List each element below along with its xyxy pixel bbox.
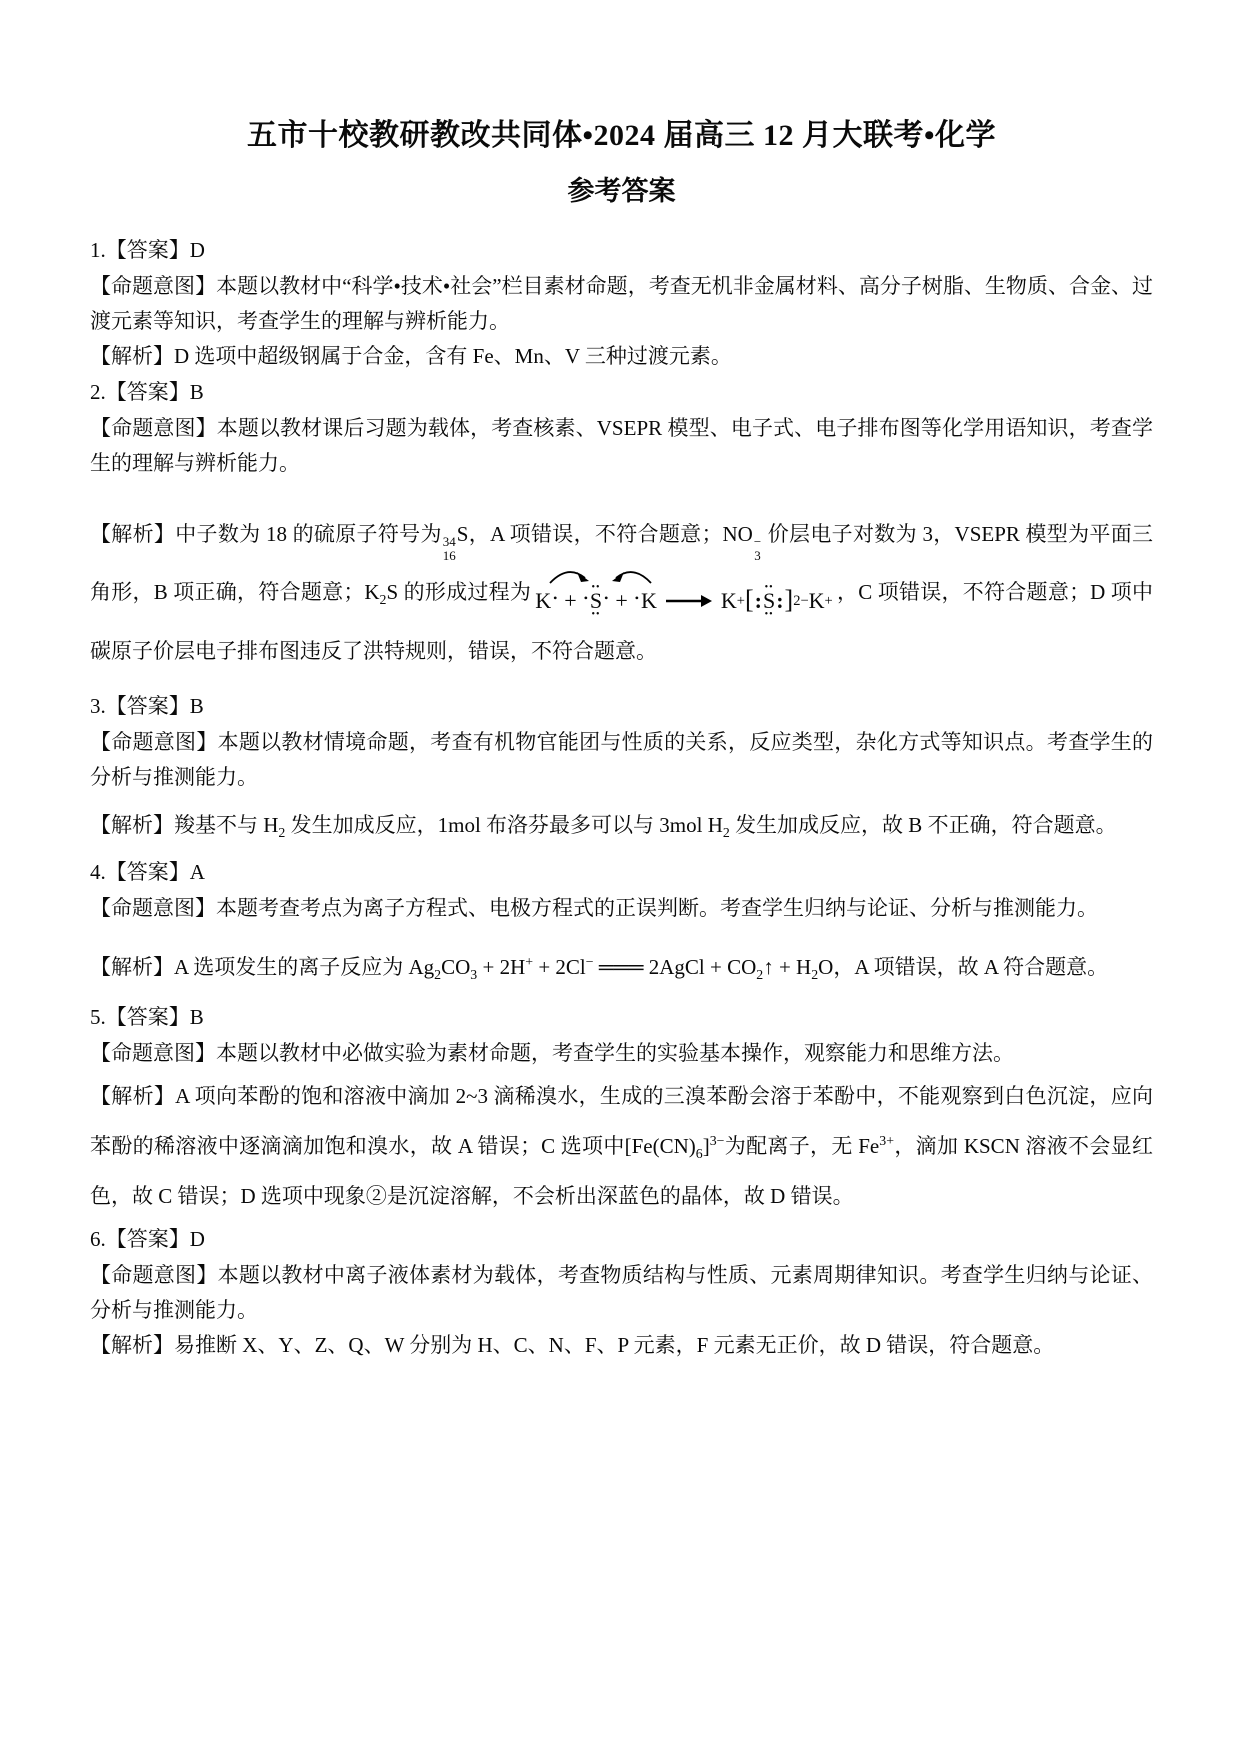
analysis-paragraph: 【解析】中子数为 18 的硫原子符号为3416S，A 项错误，不符合题意；NO−… — [90, 505, 1153, 680]
intent-label: 【命题意图】 — [90, 896, 216, 920]
answer-label: 【答案】 — [106, 1227, 190, 1251]
answer-label: 【答案】 — [106, 694, 190, 718]
electron-transfer-arrow-right — [607, 568, 654, 585]
nitrate-charge-subscript: −3 — [754, 535, 761, 562]
document-title: 五市十校教研教改共同体•2024 届高三 12 月大联考•化学 — [90, 116, 1153, 156]
intent-paragraph: 【命题意图】本题以教材中离子液体素材为载体，考查物质结构与性质、元素周期律知识。… — [90, 1258, 1153, 1328]
intent-label: 【命题意图】 — [90, 416, 217, 440]
intent-label: 【命题意图】 — [90, 1263, 218, 1287]
sulfur-atom: S — [763, 591, 775, 611]
question-number: 5. — [90, 1005, 106, 1029]
sulfur-atom: S — [590, 591, 602, 611]
question-number: 4. — [90, 860, 106, 884]
answer-label: 【答案】 — [106, 1005, 190, 1029]
question-4-block: 4.【答案】A 【命题意图】本题考查考点为离子方程式、电极方程式的正误判断。考查… — [90, 854, 1153, 995]
intent-text: 本题以教材情境命题，考查有机物官能团与性质的关系，反应类型，杂化方式等知识点。考… — [90, 730, 1153, 789]
plus-sign: + — [564, 590, 576, 612]
isotope-notation: 3416 — [443, 535, 456, 562]
potassium-atom: K — [535, 590, 551, 612]
analysis-text: A 选项发生的离子反应为 Ag2CO3 + 2H+ + 2Cl− ═══ 2Ag… — [174, 955, 1108, 979]
answer-label: 【答案】 — [106, 860, 190, 884]
analysis-label: 【解析】 — [90, 813, 174, 837]
electron-pair: •• — [592, 611, 601, 618]
reaction-arrow — [666, 594, 712, 608]
electron-transfer-arrow-left — [547, 568, 594, 585]
answer-value: D — [190, 238, 205, 262]
intent-text: 本题以教材中“科学•技术•社会”栏目素材命题，考查无机非金属材料、高分子树脂、生… — [90, 274, 1153, 333]
intent-label: 【命题意图】 — [90, 274, 216, 298]
intent-paragraph: 【命题意图】本题以教材情境命题，考查有机物官能团与性质的关系，反应类型，杂化方式… — [90, 725, 1153, 795]
analysis-label: 【解析】 — [90, 955, 174, 979]
document-subtitle: 参考答案 — [90, 174, 1153, 208]
answer-value: B — [190, 1005, 204, 1029]
question-number: 2. — [90, 380, 106, 404]
question-5-block: 5.【答案】B 【命题意图】本题以教材中必做实验为素材命题，考查学生的实验基本操… — [90, 999, 1153, 1221]
sulfur-with-lone-pairs: ••S•• — [590, 584, 602, 618]
intent-paragraph: 【命题意图】本题以教材课后习题为载体，考查核素、VSEPR 模型、电子式、电子排… — [90, 411, 1153, 481]
page-content: 五市十校教研教改共同体•2024 届高三 12 月大联考•化学 参考答案 1.【… — [0, 0, 1241, 1363]
intent-label: 【命题意图】 — [90, 730, 218, 754]
analysis-text: 羧基不与 H2 发生加成反应，1mol 布洛芬最多可以与 3mol H2 发生加… — [174, 813, 1117, 837]
element-symbol: S — [457, 522, 469, 546]
sulfide-with-lone-pairs: ••S•• — [763, 584, 775, 618]
plus-sign: + — [615, 590, 627, 612]
electron-dot: • — [635, 592, 639, 604]
answer-value: B — [190, 380, 204, 404]
atomic-number: 16 — [443, 549, 456, 562]
ion-subscript: 3 — [754, 549, 761, 562]
analysis-paragraph: 【解析】A 项向苯酚的饱和溶液中滴加 2~3 滴稀溴水，生成的三溴苯酚会溶于苯酚… — [90, 1071, 1153, 1221]
analysis-text: 中子数为 18 的硫原子符号为 — [175, 522, 442, 546]
potassium-cation: K — [721, 590, 737, 612]
nitrate-ion: NO — [722, 522, 752, 546]
bracket-open: [ — [745, 587, 754, 613]
analysis-label: 【解析】 — [90, 1333, 174, 1357]
question-3-block: 3.【答案】B 【命题意图】本题以教材情境命题，考查有机物官能团与性质的关系，反… — [90, 688, 1153, 850]
analysis-text: A 项向苯酚的饱和溶液中滴加 2~3 滴稀溴水，生成的三溴苯酚会溶于苯酚中，不能… — [90, 1084, 1153, 1208]
answer-line: 3.【答案】B — [90, 688, 1153, 725]
intent-label: 【命题意图】 — [90, 1041, 216, 1065]
electron-pair-colon: : — [755, 590, 762, 612]
answer-line: 2.【答案】B — [90, 374, 1153, 411]
question-number: 1. — [90, 238, 106, 262]
answer-value: D — [190, 1227, 205, 1251]
answer-sheet-page: 五市十校教研教改共同体•2024 届高三 12 月大联考•化学 参考答案 1.【… — [0, 0, 1241, 1754]
analysis-paragraph: 【解析】羧基不与 H2 发生加成反应，1mol 布洛芬最多可以与 3mol H2… — [90, 801, 1153, 850]
analysis-paragraph: 【解析】D 选项中超级钢属于合金，含有 Fe、Mn、V 三种过渡元素。 — [90, 339, 1153, 374]
question-number: 6. — [90, 1227, 106, 1251]
analysis-paragraph: 【解析】A 选项发生的离子反应为 Ag2CO3 + 2H+ + 2Cl− ═══… — [90, 940, 1153, 995]
bracket-close: ] — [785, 587, 794, 613]
analysis-text: D 选项中超级钢属于合金，含有 Fe、Mn、V 三种过渡元素。 — [174, 344, 732, 368]
electron-dot: • — [553, 592, 557, 604]
answer-line: 6.【答案】D — [90, 1221, 1153, 1258]
electron-pair-colon: : — [776, 590, 783, 612]
analysis-text: 易推断 X、Y、Z、Q、W 分别为 H、C、N、F、P 元素，F 元素无正价，故… — [174, 1333, 1054, 1357]
question-2-block: 2.【答案】B 【命题意图】本题以教材课后习题为载体，考查核素、VSEPR 模型… — [90, 374, 1153, 680]
intent-paragraph: 【命题意图】本题以教材中必做实验为素材命题，考查学生的实验基本操作，观察能力和思… — [90, 1036, 1153, 1071]
analysis-text: ，A 项错误，不符合题意； — [468, 522, 722, 546]
answer-value: A — [190, 860, 205, 884]
answer-line: 5.【答案】B — [90, 999, 1153, 1036]
intent-text: 本题以教材中离子液体素材为载体，考查物质结构与性质、元素周期律知识。考查学生归纳… — [90, 1263, 1153, 1322]
ion-charge: − — [754, 535, 761, 548]
analysis-label: 【解析】 — [90, 344, 174, 368]
intent-paragraph: 【命题意图】本题考查考点为离子方程式、电极方程式的正误判断。考查学生归纳与论证、… — [90, 891, 1153, 926]
electron-dot: • — [584, 592, 588, 604]
potassium-atom: K — [641, 590, 657, 612]
answer-line: 1.【答案】D — [90, 232, 1153, 269]
question-1-block: 1.【答案】D 【命题意图】本题以教材中“科学•技术•社会”栏目素材命题，考查无… — [90, 232, 1153, 374]
analysis-paragraph: 【解析】易推断 X、Y、Z、Q、W 分别为 H、C、N、F、P 元素，F 元素无… — [90, 1328, 1153, 1363]
potassium-cation: K — [809, 590, 825, 612]
electron-dot: • — [604, 592, 608, 604]
k2s-formation-diagram: K•+•••S•••+•KK+[:••S••:]2−K+ — [531, 566, 837, 622]
analysis-label: 【解析】 — [90, 522, 175, 546]
question-number: 3. — [90, 694, 106, 718]
answer-label: 【答案】 — [106, 238, 190, 262]
answer-label: 【答案】 — [106, 380, 190, 404]
answer-line: 4.【答案】A — [90, 854, 1153, 891]
intent-text: 本题以教材课后习题为载体，考查核素、VSEPR 模型、电子式、电子排布图等化学用… — [90, 416, 1153, 475]
electron-pair: •• — [765, 611, 774, 618]
intent-text: 本题以教材中必做实验为素材命题，考查学生的实验基本操作，观察能力和思维方法。 — [216, 1041, 1014, 1065]
intent-text: 本题考查考点为离子方程式、电极方程式的正误判断。考查学生归纳与论证、分析与推测能… — [216, 896, 1098, 920]
mass-number: 34 — [443, 535, 456, 548]
intent-paragraph: 【命题意图】本题以教材中“科学•技术•社会”栏目素材命题，考查无机非金属材料、高… — [90, 269, 1153, 339]
answer-value: B — [190, 694, 204, 718]
question-6-block: 6.【答案】D 【命题意图】本题以教材中离子液体素材为载体，考查物质结构与性质、… — [90, 1221, 1153, 1363]
analysis-label: 【解析】 — [90, 1084, 175, 1108]
